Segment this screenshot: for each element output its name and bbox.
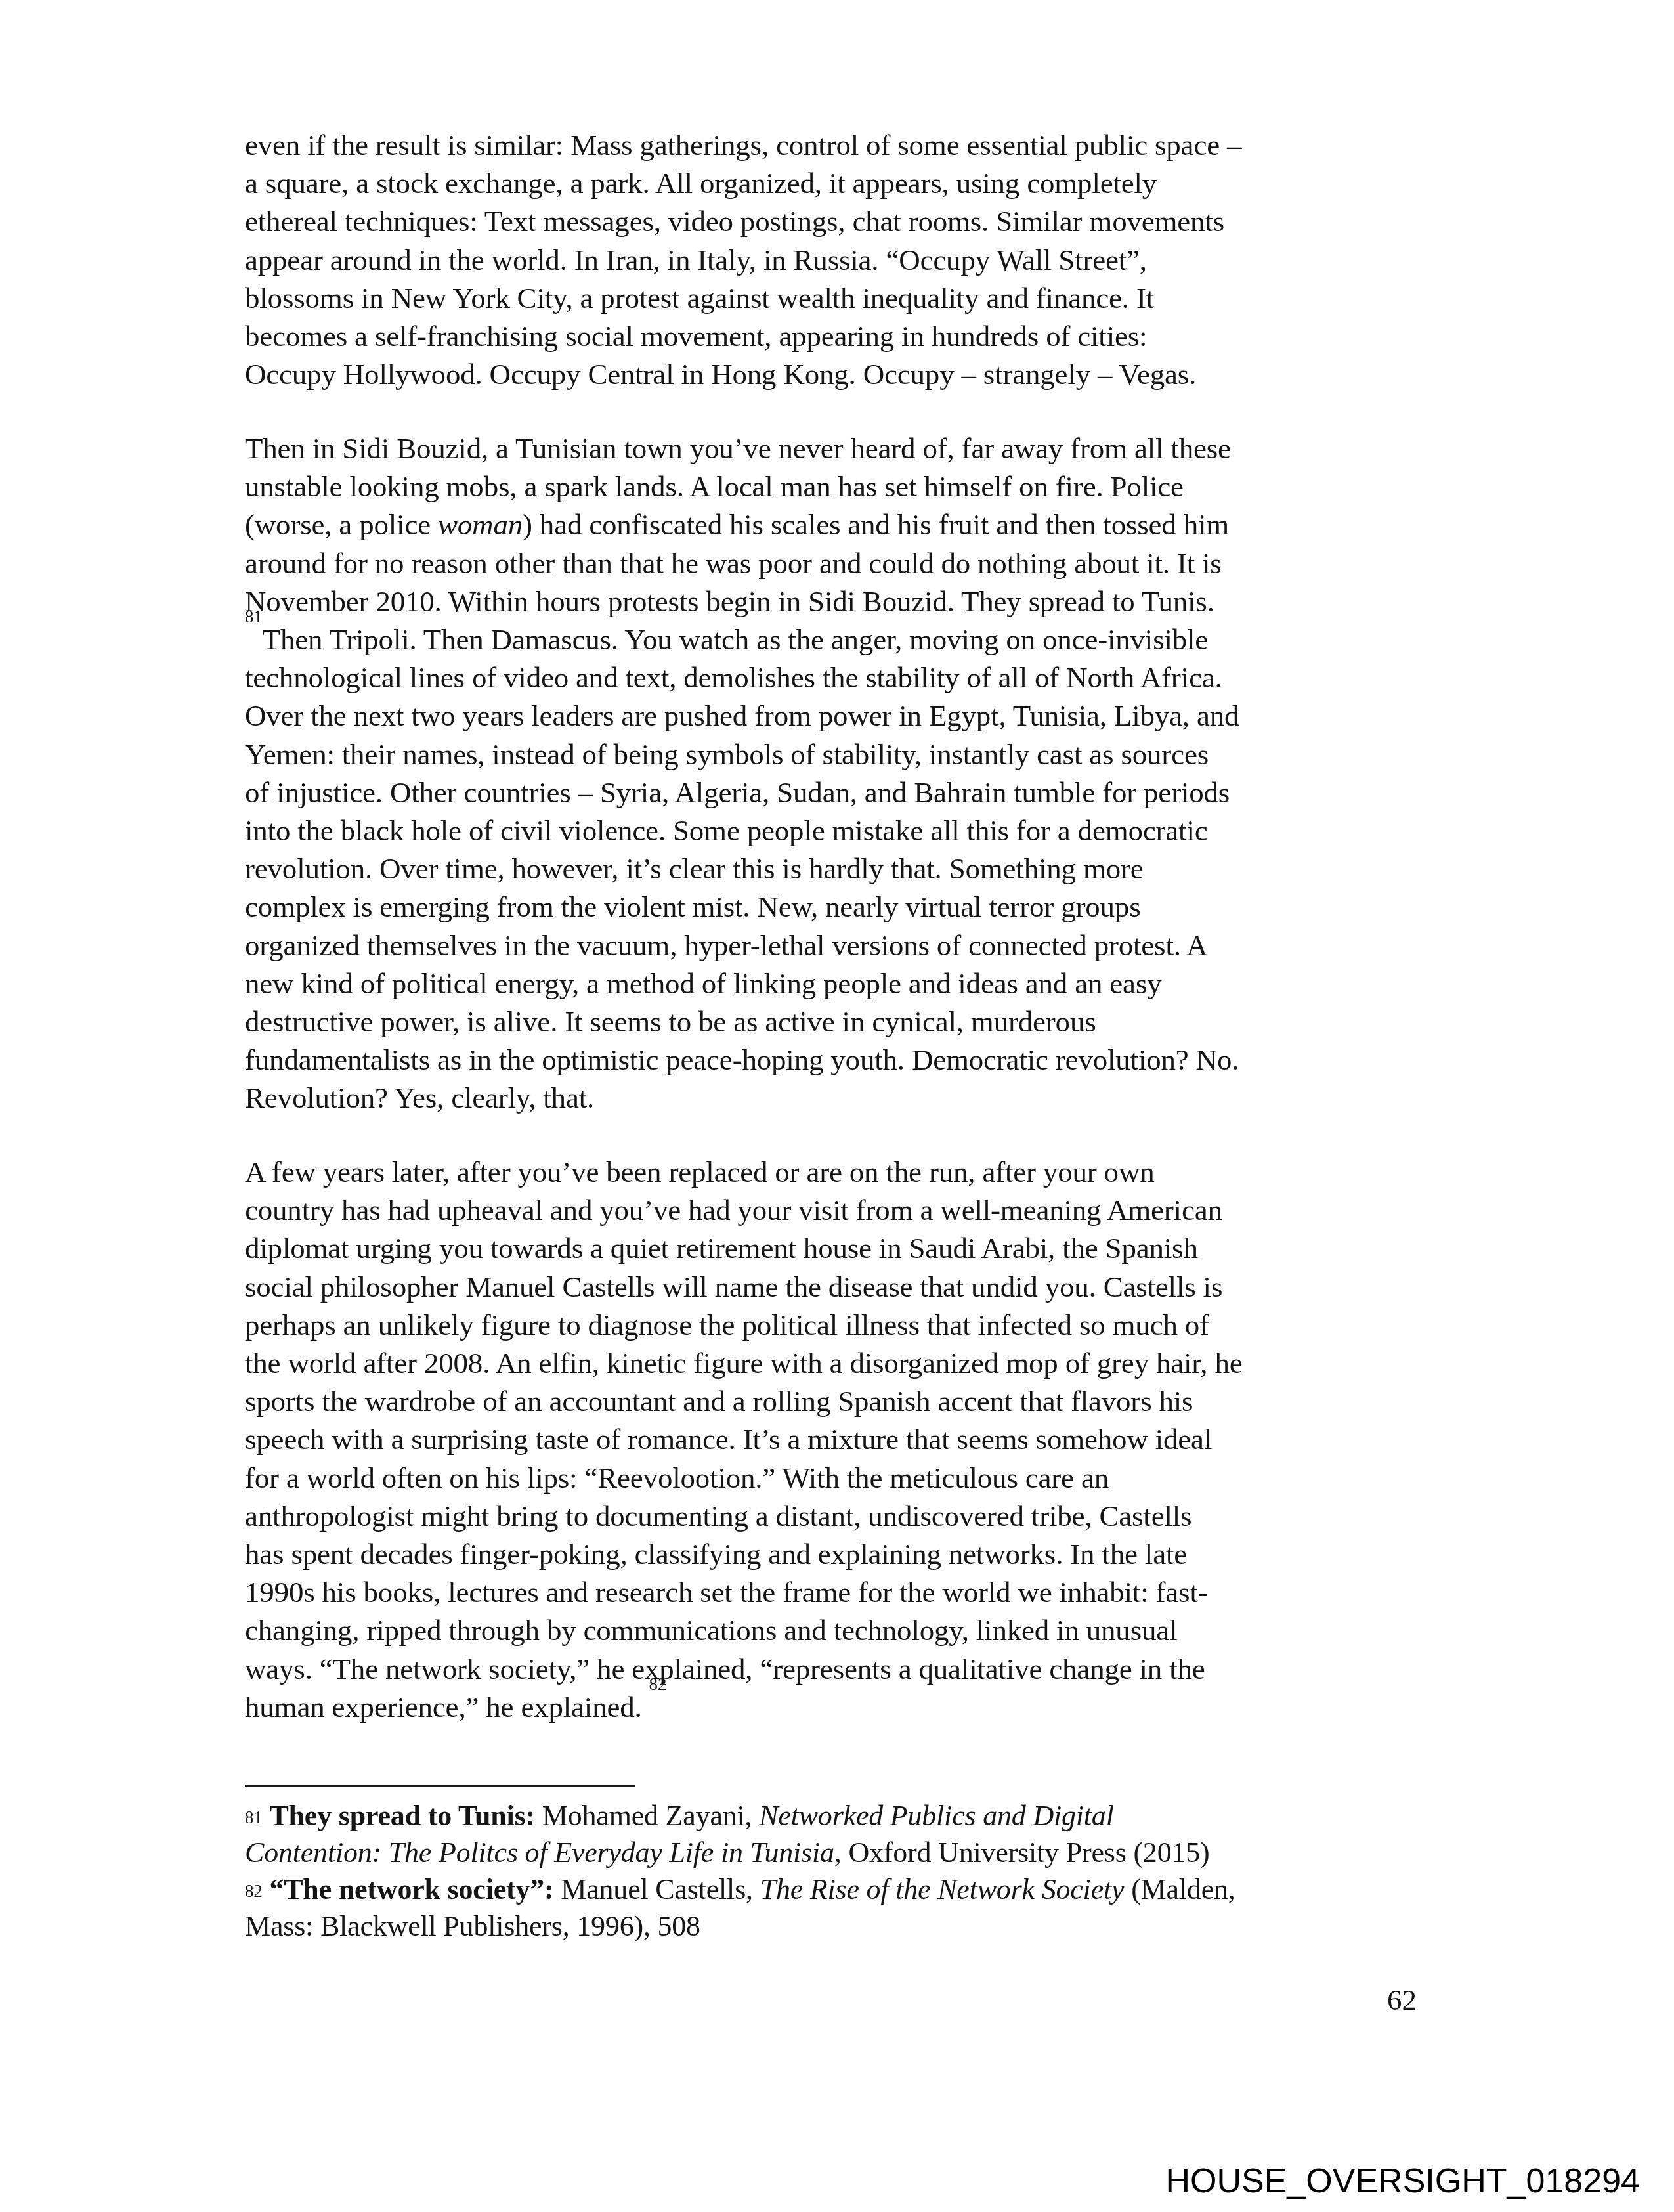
footnote-81: 81 They spread to Tunis: Mohamed Zayani,… bbox=[245, 1798, 1420, 1871]
footnote-text: (Malden, bbox=[1124, 1873, 1235, 1905]
text-line: complex is emerging from the violent mis… bbox=[245, 888, 1420, 926]
footnote-book-title: Networked Publics and Digital bbox=[759, 1800, 1113, 1832]
text-line: A few years later, after you’ve been rep… bbox=[245, 1153, 1420, 1191]
text-run: (worse, a police bbox=[245, 508, 438, 541]
text-line: speech with a surprising taste of romanc… bbox=[245, 1420, 1420, 1458]
bates-stamp: HOUSE_OVERSIGHT_018294 bbox=[1165, 2161, 1640, 2201]
text-line: new kind of political energy, a method o… bbox=[245, 965, 1420, 1003]
footnote-book-title: The Rise of the Network Society bbox=[760, 1873, 1125, 1905]
text-line: of injustice. Other countries – Syria, A… bbox=[245, 773, 1420, 812]
footnote-number: 82 bbox=[245, 1881, 263, 1901]
footnote-text: Mohamed Zayani, bbox=[535, 1800, 759, 1832]
text-line: ways. “The network society,” he explaine… bbox=[245, 1650, 1420, 1688]
text-line: country has had upheaval and you’ve had … bbox=[245, 1191, 1420, 1229]
text-line: 82 “The network society”: Manuel Castell… bbox=[245, 1871, 1420, 1908]
text-line: (worse, a police woman) had confiscated … bbox=[245, 506, 1420, 544]
text-line: sports the wardrobe of an accountant and… bbox=[245, 1382, 1420, 1420]
text-run: ) had confiscated his scales and his fru… bbox=[523, 508, 1229, 541]
text-line: 81 They spread to Tunis: Mohamed Zayani,… bbox=[245, 1798, 1420, 1834]
text-line: 81Then Tripoli. Then Damascus. You watch… bbox=[245, 620, 1420, 659]
text-line: 1990s his books, lectures and research s… bbox=[245, 1573, 1420, 1611]
text-line: Revolution? Yes, clearly, that. bbox=[245, 1079, 1420, 1117]
text-line: perhaps an unlikely figure to diagnose t… bbox=[245, 1306, 1420, 1344]
footnote-separator bbox=[245, 1785, 635, 1787]
text-line: Occupy Hollywood. Occupy Central in Hong… bbox=[245, 355, 1420, 393]
text-line: Mass: Blackwell Publishers, 1996), 508 bbox=[245, 1908, 1420, 1945]
text-line: the world after 2008. An elfin, kinetic … bbox=[245, 1344, 1420, 1382]
text-line: technological lines of video and text, d… bbox=[245, 659, 1420, 697]
text-line: around for no reason other than that he … bbox=[245, 544, 1420, 582]
footnote-title: They spread to Tunis: bbox=[269, 1800, 535, 1832]
text-line: November 2010. Within hours protests beg… bbox=[245, 582, 1420, 620]
footnote-book-title: Contention: The Politcs of Everyday Life… bbox=[245, 1836, 834, 1869]
text-line: revolution. Over time, however, it’s cle… bbox=[245, 850, 1420, 888]
footnote-text: Manuel Castells, bbox=[554, 1873, 760, 1905]
text-line: changing, ripped through by communicatio… bbox=[245, 1611, 1420, 1649]
text-line: anthropologist might bring to documentin… bbox=[245, 1497, 1420, 1535]
text-line: Then in Sidi Bouzid, a Tunisian town you… bbox=[245, 429, 1420, 467]
text-line: for a world often on his lips: “Reevoloo… bbox=[245, 1459, 1420, 1497]
footnote-title: “The network society”: bbox=[269, 1873, 553, 1905]
text-line: Over the next two years leaders are push… bbox=[245, 697, 1420, 735]
footnote-text: , Oxford University Press (2015) bbox=[834, 1836, 1210, 1869]
text-line: has spent decades finger-poking, classif… bbox=[245, 1535, 1420, 1573]
footnote-reference-81[interactable]: 81 bbox=[245, 607, 263, 626]
text-line: into the black hole of civil violence. S… bbox=[245, 812, 1420, 850]
paragraph-2: Then in Sidi Bouzid, a Tunisian town you… bbox=[245, 429, 1420, 1117]
footnotes: 81 They spread to Tunis: Mohamed Zayani,… bbox=[245, 1798, 1420, 1945]
footnote-reference-82[interactable]: 82 bbox=[649, 1674, 667, 1694]
text-line: ethereal techniques: Text messages, vide… bbox=[245, 202, 1420, 240]
text-line: diplomat urging you towards a quiet reti… bbox=[245, 1229, 1420, 1267]
footnote-82: 82 “The network society”: Manuel Castell… bbox=[245, 1871, 1420, 1945]
text-line: appear around in the world. In Iran, in … bbox=[245, 241, 1420, 279]
text-line: a square, a stock exchange, a park. All … bbox=[245, 164, 1420, 202]
footnote-number: 81 bbox=[245, 1808, 263, 1827]
text-line: Contention: The Politcs of Everyday Life… bbox=[245, 1834, 1420, 1871]
text-line: fundamentalists as in the optimistic pea… bbox=[245, 1041, 1420, 1079]
paragraph-3: A few years later, after you’ve been rep… bbox=[245, 1153, 1420, 1726]
paragraph-1: even if the result is similar: Mass gath… bbox=[245, 126, 1420, 393]
text-run: human experience,” he explained. bbox=[245, 1691, 649, 1724]
text-line: social philosopher Manuel Castells will … bbox=[245, 1268, 1420, 1306]
text-line: even if the result is similar: Mass gath… bbox=[245, 126, 1420, 164]
document-page: even if the result is similar: Mass gath… bbox=[0, 0, 1674, 2212]
text-line: unstable looking mobs, a spark lands. A … bbox=[245, 467, 1420, 506]
text-line: organized themselves in the vacuum, hype… bbox=[245, 926, 1420, 965]
page-number: 62 bbox=[1387, 1983, 1417, 2017]
text-line: Yemen: their names, instead of being sym… bbox=[245, 735, 1420, 773]
emphasis-text: woman bbox=[438, 508, 523, 541]
text-line: human experience,” he explained. 82 bbox=[245, 1688, 1420, 1726]
text-line: destructive power, is alive. It seems to… bbox=[245, 1003, 1420, 1041]
text-line: blossoms in New York City, a protest aga… bbox=[245, 279, 1420, 317]
text-line: becomes a self-franchising social moveme… bbox=[245, 317, 1420, 355]
text-run: Then Tripoli. Then Damascus. You watch a… bbox=[263, 623, 1209, 656]
